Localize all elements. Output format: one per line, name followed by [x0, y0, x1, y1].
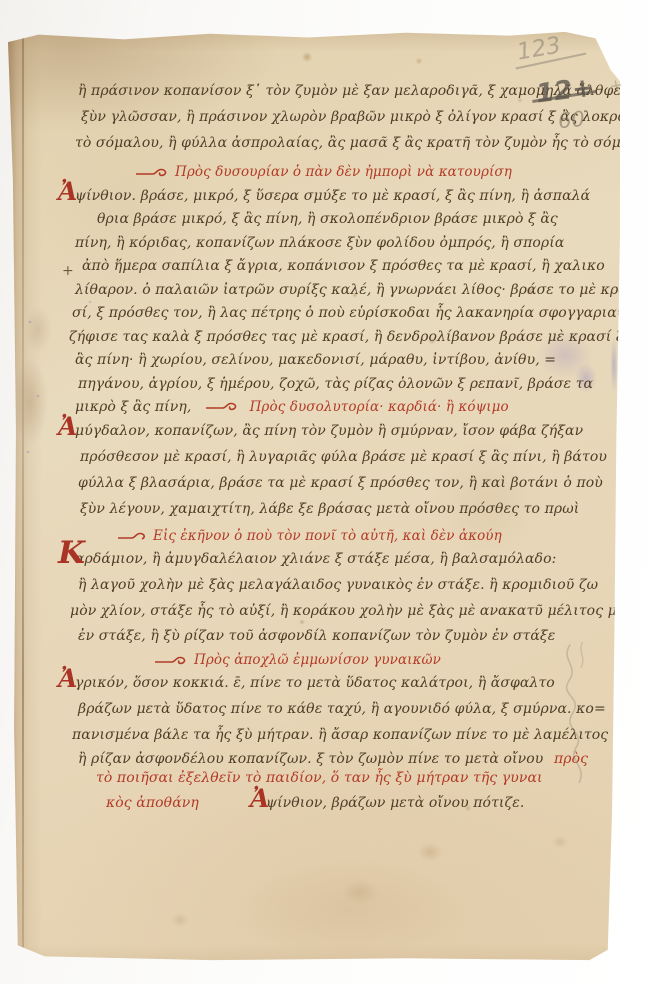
line-text: ἀπὸ ἥμερα σαπίλια ξ ἄγρια, κοπάνισον ξ π…: [82, 258, 605, 274]
manuscript-line: πηγάνου, ἀγρίου, ξ ἡμέρου, ζοχῶ, τὰς ρίζ…: [78, 373, 593, 395]
manuscript-line: θρια βράσε μικρό, ξ ἂς πίνη, ἢ σκολοπένδ…: [97, 208, 558, 230]
line-text: πίνη, ἢ κόριδας, κοπανίζων πλάκοσε ξὺν φ…: [75, 235, 564, 251]
line-text: πανισμένα βάλε τα ἧς ξὺ μήτραν. ἢ ἄσαρ κ…: [72, 727, 608, 743]
manuscript-line: μικρὸ ξ ἂς πίνη, Πρὸς δυσολυτορία· καρδι…: [75, 396, 509, 418]
heading-text: Εἰς ἐκῆνον ὁ ποὺ τὸν πονῖ τὸ αὐτῆ, καὶ δ…: [153, 528, 502, 544]
line-text: τὸ ποιῆσαι ἐξελθεῖν τὸ παιδίον, ὅ ταν ἧς…: [96, 770, 543, 786]
line-text: πηγάνου, ἀγρίου, ξ ἡμέρου, ζοχῶ, τὰς ρίζ…: [78, 376, 593, 392]
rubric-flourish-icon: [118, 532, 148, 542]
line-text: βράζων μετὰ ὕδατος πίνε το κάθε ταχύ, ἢ …: [78, 701, 606, 717]
line-text: γρικόν, ὅσον κοκκιά. ε̄, πίνε το μετὰ ὕδ…: [75, 675, 555, 691]
line-text: τὸ σόμαλου, ἢ φύλλα ἀσπρολαίας, ἂς μασᾶ …: [75, 135, 620, 151]
line-text: φύλλα ξ βλασάρια, βράσε τα μὲ κρασί ξ πρ…: [78, 475, 603, 491]
line-text: ἂς πίνη· ἢ χωρίου, σελίνου, μακεδονισί, …: [75, 352, 556, 368]
manuscript-page: ἢ πράσινον κοπανίσον ξ᾽ τὸν ζυμὸν μὲ ξαν…: [8, 30, 620, 962]
margin-dash-icon: [8, 30, 32, 33]
manuscript-line: ἀπὸ ἥμερα σαπίλια ξ ἄγρια, κοπάνισον ξ π…: [82, 255, 605, 277]
drop-cap-initial: Κ: [58, 542, 85, 564]
line-text: λίθαρον. ὁ παλαιῶν ἰατρῶν συρίξς καλέ, ἢ…: [75, 282, 620, 298]
rubric-note-line: τὸ ποιῆσαι ἐξελθεῖν τὸ παιδίον, ὅ ταν ἧς…: [96, 767, 543, 789]
line-text: ζήφισε τας καλὰ ξ πρόσθες τας μὲ κρασί, …: [69, 329, 620, 345]
manuscript-line: φύλλα ξ βλασάρια, βράσε τα μὲ κρασί ξ πρ…: [78, 472, 603, 494]
line-text: κὸς ἀποθάνη: [106, 795, 199, 811]
rubric-flourish-icon: [206, 402, 240, 412]
line-text: αρδάμιον, ἢ ἀμυγδαλέλαιον χλιάνε ξ στάξε…: [75, 551, 556, 567]
drop-cap-initial: Ἀ: [58, 181, 78, 203]
margin-cross-icon: [8, 31, 38, 35]
manuscript-line: Ἀμύγδαλον, κοπανίζων, ἂς πίνη τὸν ζυμὸν …: [75, 420, 583, 442]
manuscript-line: Καρδάμιον, ἢ ἀμυγδαλέλαιον χλιάνε ξ στάξ…: [75, 548, 556, 570]
manuscript-line: σί, ξ πρόσθες τον, ἢ λας πέτρης ὁ ποὺ εὑ…: [72, 302, 620, 324]
line-text: μὸν χλίον, στάξε ἧς τὸ αὐξί, ἢ κοράκου χ…: [70, 603, 620, 619]
line-text: ψίνθιον. βράσε, μικρό, ξ ὕσερα σμύξε το …: [75, 188, 590, 204]
line-text: ψίνθιον, βράζων μετὰ οἴνου πότιζε.: [266, 795, 524, 811]
line-text: μικρὸ ξ ἂς πίνη,: [75, 399, 191, 415]
manuscript-line: μὸν χλίον, στάξε ἧς τὸ αὐξί, ἢ κοράκου χ…: [70, 600, 620, 622]
manuscript-line: πρόσθεσον μὲ κρασί, ἢ λυγαριᾶς φύλα βράσ…: [80, 446, 607, 468]
manuscript-line: ξὺν γλῶσσαν, ἢ πράσινον χλωρὸν βραβῶν μι…: [81, 106, 620, 128]
drop-cap-initial: Ἀ: [250, 788, 270, 810]
line-text: θρια βράσε μικρό, ξ ἂς πίνη, ἢ σκολοπένδ…: [97, 211, 558, 227]
manuscript-line: ξὺν λέγουν, χαμαιχτίτη, λάβε ξε βράσας μ…: [80, 498, 579, 520]
heading-text: Πρὸς ἀποχλῶ ἐμμωνίσον γυναικῶν: [194, 652, 441, 668]
drop-cap-initial: Ἀ: [58, 668, 78, 690]
line-text: ἐν στάξε, ἢ ξὺ ρίζαν τοῦ ἀσφονδίλ κοπανί…: [78, 628, 555, 644]
manuscript-line: ἢ λαγοῦ χολὴν μὲ ξὰς μελαγάλαιδος γυναικ…: [78, 574, 598, 596]
manuscript-line: πανισμένα βάλε τα ἧς ξὺ μήτραν. ἢ ἄσαρ κ…: [72, 724, 608, 746]
rubric-note-line: κὸς ἀποθάνη: [106, 792, 199, 814]
heading-text: Πρὸς δυσολυτορία· καρδιά· ἢ κόψιμο: [250, 399, 509, 415]
manuscript-line: πίνη, ἢ κόριδας, κοπανίζων πλάκοσε ξὺν φ…: [75, 232, 564, 254]
manuscript-line: Ἀγρικόν, ὅσον κοκκιά. ε̄, πίνε το μετὰ ὕ…: [75, 672, 555, 694]
text-block: ἢ πράσινον κοπανίσον ξ᾽ τὸν ζυμὸν μὲ ξαν…: [8, 30, 620, 962]
manuscript-line: ἐν στάξε, ἢ ξὺ ρίζαν τοῦ ἀσφονδίλ κοπανί…: [78, 625, 555, 647]
line-text: ξὺν γλῶσσαν, ἢ πράσινον χλωρὸν βραβῶν μι…: [81, 109, 620, 125]
rubric-heading: Πρὸς δυσουρίαν ὁ πὰν δὲν ἠμπορὶ νὰ κατου…: [136, 161, 512, 183]
manuscript-line: ζήφισε τας καλὰ ξ πρόσθες τας μὲ κρασί, …: [69, 326, 620, 348]
rubric-flourish-icon: [155, 656, 189, 666]
manuscript-line: ἂς πίνη· ἢ χωρίου, σελίνου, μακεδονισί, …: [75, 349, 556, 371]
line-text: πρόσθεσον μὲ κρασί, ἢ λυγαριᾶς φύλα βράσ…: [80, 449, 607, 465]
pencil-folio-number: 60: [557, 107, 586, 134]
heading-text: Πρὸς δυσουρίαν ὁ πὰν δὲν ἠμπορὶ νὰ κατου…: [175, 164, 512, 180]
manuscript-line: Ἀψίνθιον. βράσε, μικρό, ξ ὕσερα σμύξε το…: [75, 185, 590, 207]
manuscript-line: Ἀψίνθιον, βράζων μετὰ οἴνου πότιζε.: [266, 792, 524, 814]
pencil-edge-mark: +: [606, 77, 627, 94]
rubric-heading: Εἰς ἐκῆνον ὁ ποὺ τὸν πονῖ τὸ αὐτῆ, καὶ δ…: [118, 525, 502, 547]
rubric-flourish-icon: [136, 168, 170, 178]
line-text: σί, ξ πρόσθες τον, ἢ λας πέτρης ὁ ποὺ εὑ…: [72, 305, 620, 321]
line-text: μύγδαλον, κοπανίζων, ἂς πίνη τὸν ζυμὸν ἢ…: [75, 423, 583, 439]
manuscript-line: βράζων μετὰ ὕδατος πίνε το κάθε ταχύ, ἢ …: [78, 698, 606, 720]
line-text: ἢ λαγοῦ χολὴν μὲ ξὰς μελαγάλαιδος γυναικ…: [78, 577, 598, 593]
manuscript-line: λίθαρον. ὁ παλαιῶν ἰατρῶν συρίξς καλέ, ἢ…: [75, 279, 620, 301]
line-text: ἢ ρίζαν ἀσφονδέλου κοπανίζων. ξ τὸν ζωμὸ…: [78, 751, 543, 767]
rubric-heading: Πρὸς ἀποχλῶ ἐμμωνίσον γυναικῶν: [155, 649, 441, 671]
drop-cap-initial: Ἀ: [58, 416, 78, 438]
line-text: ξὺν λέγουν, χαμαιχτίτη, λάβε ξε βράσας μ…: [80, 501, 579, 517]
margin-cross-icon: +: [62, 263, 74, 279]
manuscript-line: τὸ σόμαλου, ἢ φύλλα ἀσπρολαίας, ἂς μασᾶ …: [75, 132, 620, 154]
